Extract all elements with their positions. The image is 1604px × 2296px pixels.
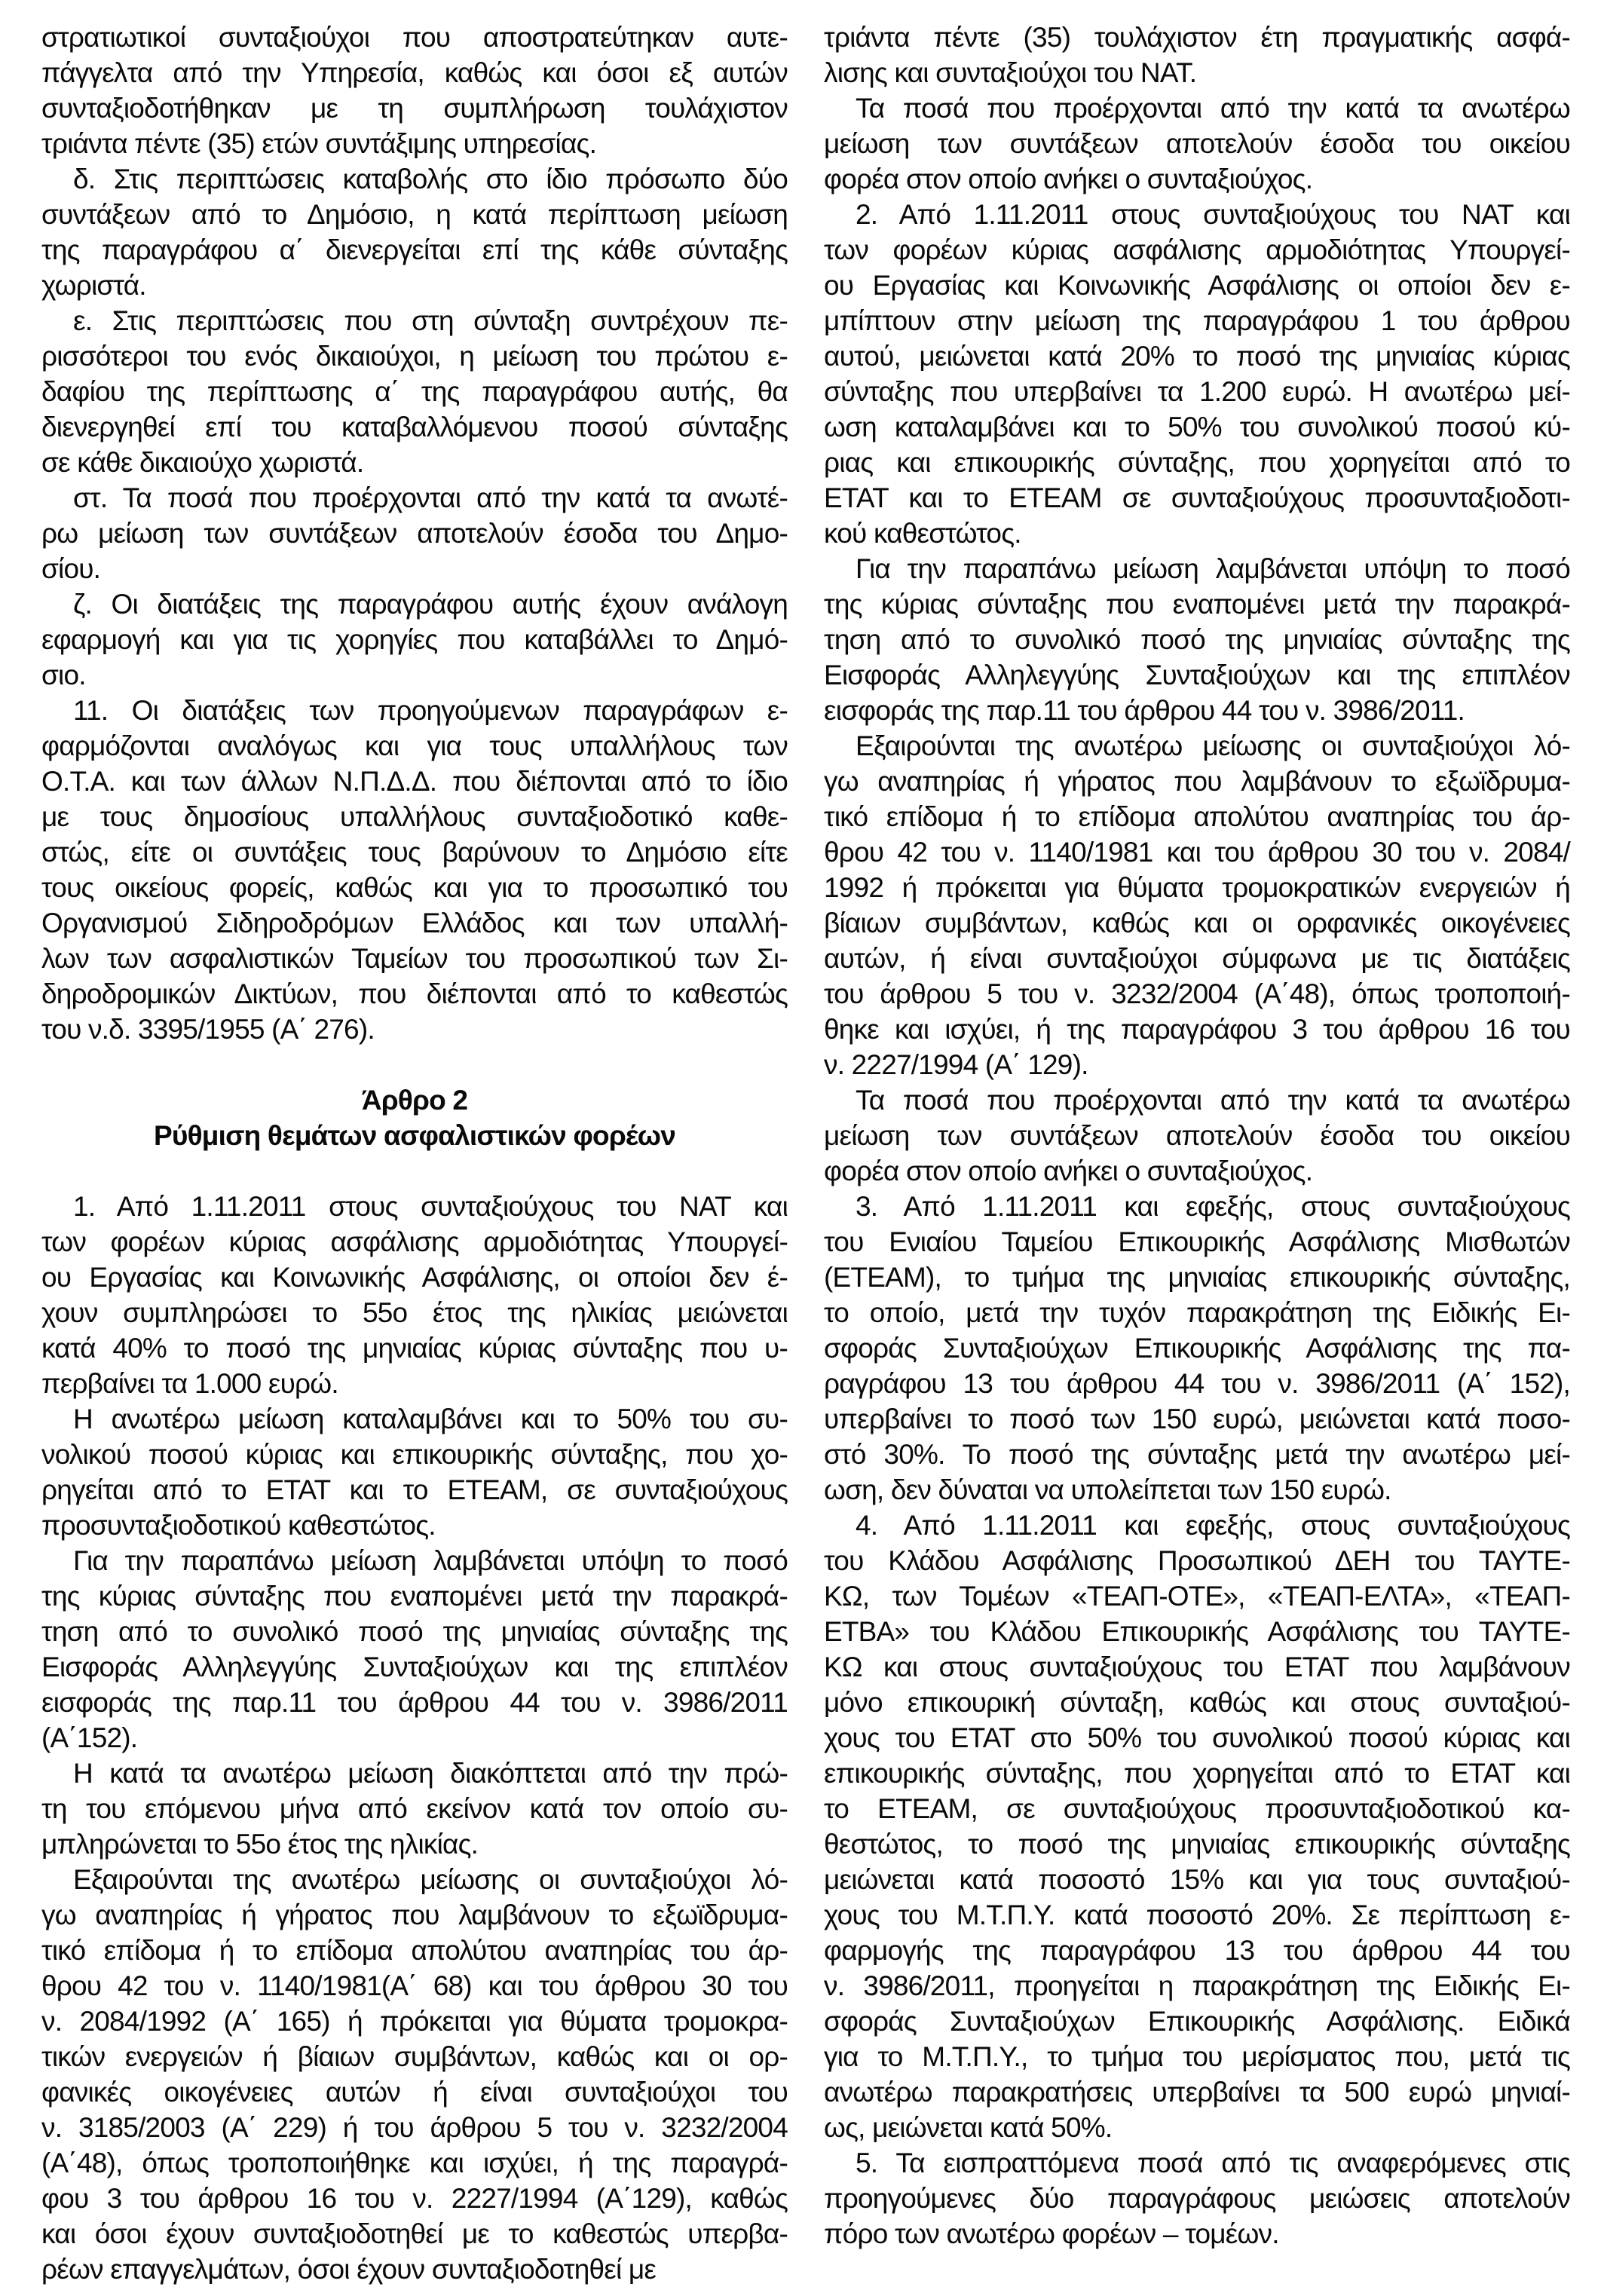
text-line: λων των ασφαλιστικών Ταμείων του προσωπι…: [41, 941, 788, 976]
text-line: εφαρμογή και για τις χορηγίες που καταβά…: [41, 622, 788, 657]
text-line: (Α΄152).: [41, 1720, 788, 1756]
text-line: τους οικείους φορείς, καθώς και για το π…: [41, 870, 788, 905]
text-line: αυτού, μειώνεται κατά 20% το ποσό της μη…: [824, 338, 1570, 374]
text-line: ραγράφου 13 του άρθρου 44 του ν. 3986/20…: [824, 1366, 1570, 1401]
text-line: διενεργηθεί επί του καταβαλλόμενου ποσού…: [41, 409, 788, 445]
paragraph: Η ανωτέρω μείωση καταλαμβάνει και το 50%…: [41, 1401, 788, 1543]
paragraph: 3. Από 1.11.2011 και εφεξής, στους συντα…: [824, 1189, 1570, 1508]
text-line: ν. 3986/2011, προηγείται η παρακράτηση τ…: [824, 1968, 1570, 2004]
text-line: Εισφοράς Αλληλεγγύης Συνταξιούχων και τη…: [41, 1649, 788, 1685]
text-line: Τα ποσά που προέρχονται από την κατά τα …: [824, 1082, 1570, 1118]
text-line: 1992 ή πρόκειται για θύματα τρομοκρατικώ…: [824, 870, 1570, 905]
text-line: Η κατά τα ανωτέρω μείωση διακόπτεται από…: [41, 1756, 788, 1791]
text-line: φαρμόζονται αναλόγως και για τους υπαλλή…: [41, 728, 788, 764]
text-line: γω αναπηρίας ή γήρατος που λαμβάνουν το …: [824, 764, 1570, 799]
text-line: τικών ενεργειών ή βίαιων συμβάντων, καθώ…: [41, 2039, 788, 2074]
text-line: σιο.: [41, 657, 788, 693]
paragraph: Για την παραπάνω μείωση λαμβάνεται υπόψη…: [824, 551, 1570, 728]
text-line: ν. 2227/1994 (Α΄ 129).: [824, 1047, 1570, 1082]
text-line: συνταξιοδοτήθηκαν με τη συμπλήρωση τουλά…: [41, 90, 788, 126]
text-line: των φορέων κύριας ασφάλισης αρμοδιότητας…: [41, 1224, 788, 1260]
text-line: θηκε και ισχύει, ή της παραγράφου 3 του …: [824, 1012, 1570, 1047]
text-line: Ο.Τ.Α. και των άλλων Ν.Π.Δ.Δ. που διέπον…: [41, 764, 788, 799]
text-line: ρέων επαγγελμάτων, όσοι έχουν συνταξιοδο…: [41, 2252, 788, 2287]
text-line: 4. Από 1.11.2011 και εφεξής, στους συντα…: [824, 1508, 1570, 1543]
text-line: χους του Μ.Τ.Π.Υ. κατά ποσοστό 20%. Σε π…: [824, 1897, 1570, 1933]
document-page: στρατιωτικοί συνταξιούχοι που αποστρατεύ…: [0, 0, 1604, 2296]
text-line: μειώνεται κατά ποσοστό 15% και για τους …: [824, 1862, 1570, 1897]
text-line: φανικές οικογένειες αυτών ή είναι συνταξ…: [41, 2074, 788, 2110]
text-line: φορέα στον οποίο ανήκει ο συνταξιούχος.: [824, 1153, 1570, 1189]
text-line: αυτών, ή είναι συνταξιούχοι σύμφωνα με τ…: [824, 941, 1570, 976]
paragraph: 1. Από 1.11.2011 στους συνταξιούχους του…: [41, 1189, 788, 1401]
text-line: κατά 40% το ποσό της μηνιαίας κύριας σύν…: [41, 1330, 788, 1366]
text-line: Τα ποσά που προέρχονται από την κατά τα …: [824, 90, 1570, 126]
paragraph: Εξαιρούνται της ανωτέρω μείωσης οι συντα…: [41, 1862, 788, 2287]
text-line: του ν.δ. 3395/1955 (Α΄ 276).: [41, 1012, 788, 1047]
text-line: μπληρώνεται το 55ο έτος της ηλικίας.: [41, 1826, 788, 1862]
text-line: με τους δημοσίους υπαλλήλους συνταξιοδοτ…: [41, 799, 788, 834]
paragraph: ε. Στις περιπτώσεις που στη σύνταξη συντ…: [41, 303, 788, 480]
text-line: λισης και συνταξιούχοι του ΝΑΤ.: [824, 55, 1570, 90]
text-line: 3. Από 1.11.2011 και εφεξής, στους συντα…: [824, 1189, 1570, 1224]
paragraph: Εξαιρούνται της ανωτέρω μείωσης οι συντα…: [824, 728, 1570, 1082]
text-line: ΕΤΑΤ και το ΕΤΕΑΜ σε συνταξιούχους προσυ…: [824, 480, 1570, 516]
text-column-right: τριάντα πέντε (35) τουλάχιστον έτη πραγμ…: [824, 20, 1570, 2296]
text-line: χους του ΕΤΑΤ στο 50% του συνολικού ποσο…: [824, 1720, 1570, 1756]
article-heading: Άρθρο 2Ρύθμιση θεμάτων ασφαλιστικών φορέ…: [41, 1082, 788, 1153]
text-line: σύνταξης που υπερβαίνει τα 1.200 ευρώ. Η…: [824, 374, 1570, 409]
text-line: το ΕΤΕΑΜ, σε συνταξιούχους προσυνταξιοδο…: [824, 1791, 1570, 1826]
text-line: ου Εργασίας και Κοινωνικής Ασφάλισης, οι…: [41, 1260, 788, 1295]
text-line: εισφοράς της παρ.11 του άρθρου 44 του ν.…: [824, 693, 1570, 728]
text-line: φου 3 του άρθρου 16 του ν. 2227/1994 (Α΄…: [41, 2181, 788, 2216]
text-line: ρηγείται από το ΕΤΑΤ και το ΕΤΕΑΜ, σε συ…: [41, 1472, 788, 1508]
text-line: της κύριας σύνταξης που εναπομένει μετά …: [41, 1578, 788, 1614]
text-line: Για την παραπάνω μείωση λαμβάνεται υπόψη…: [41, 1543, 788, 1578]
text-line: πάγγελτα από την Υπηρεσία, καθώς και όσο…: [41, 55, 788, 90]
paragraph: 5. Τα εισπραττόμενα ποσά από τις αναφερό…: [824, 2145, 1570, 2252]
text-line: μπίπτουν στην μείωση της παραγράφου 1 το…: [824, 303, 1570, 338]
text-line: τικό επίδομα ή το επίδομα απολύτου αναπη…: [41, 1933, 788, 1968]
paragraph: 11. Οι διατάξεις των προηγούμενων παραγρ…: [41, 693, 788, 1047]
text-line: ανωτέρω παρακρατήσεις υπερβαίνει τα 500 …: [824, 2074, 1570, 2110]
text-line: 2. Από 1.11.2011 στους συνταξιούχους του…: [824, 197, 1570, 232]
text-line: της παραγράφου α΄ διενεργείται επί της κ…: [41, 232, 788, 268]
text-line: γω αναπηρίας ή γήρατος που λαμβάνουν το …: [41, 1897, 788, 1933]
text-line: (ΕΤΕΑΜ), το τμήμα της μηνιαίας επικουρικ…: [824, 1260, 1570, 1295]
text-line: της κύριας σύνταξης που εναπομένει μετά …: [824, 586, 1570, 622]
text-line: θρου 42 του ν. 1140/1981(Α΄ 68) και του …: [41, 1968, 788, 2004]
text-line: ζ. Οι διατάξεις της παραγράφου αυτής έχο…: [41, 586, 788, 622]
text-line: χουν συμπληρώσει το 55ο έτος της ηλικίας…: [41, 1295, 788, 1330]
text-line: τηση από το συνολικό ποσό της μηνιαίας σ…: [41, 1614, 788, 1649]
text-line: Εξαιρούνται της ανωτέρω μείωσης οι συντα…: [824, 728, 1570, 764]
text-line: στό 30%. Το ποσό της σύνταξης μετά την α…: [824, 1437, 1570, 1472]
text-line: 11. Οι διατάξεις των προηγούμενων παραγρ…: [41, 693, 788, 728]
text-line: (Α΄48), όπως τροποποιήθηκε και ισχύει, ή…: [41, 2145, 788, 2181]
paragraph: Για την παραπάνω μείωση λαμβάνεται υπόψη…: [41, 1543, 788, 1756]
text-line: μείωση των συντάξεων αποτελούν έσοδα του…: [824, 1118, 1570, 1153]
text-line: θεστώτος, το ποσό της μηνιαίας επικουρικ…: [824, 1826, 1570, 1862]
text-line: μόνο επικουρική σύνταξη, καθώς και στους…: [824, 1685, 1570, 1720]
paragraph: Η κατά τα ανωτέρω μείωση διακόπτεται από…: [41, 1756, 788, 1862]
text-line: του Κλάδου Ασφάλισης Προσωπικού ΔΕΗ του …: [824, 1543, 1570, 1578]
text-line: ν. 2084/1992 (Α΄ 165) ή πρόκειται για θύ…: [41, 2004, 788, 2039]
text-line: ως, μειώνεται κατά 50%.: [824, 2110, 1570, 2145]
text-line: νολικού ποσού κύριας και επικουρικής σύν…: [41, 1437, 788, 1472]
text-line: δαφίου της περίπτωσης α΄ της παραγράφου …: [41, 374, 788, 409]
text-line: τη του επόμενου μήνα από εκείνον κατά το…: [41, 1791, 788, 1826]
text-line: σε κάθε δικαιούχο χωριστά.: [41, 445, 788, 480]
text-line: ριας και επικουρικής σύνταξης, που χορηγ…: [824, 445, 1570, 480]
paragraph: Τα ποσά που προέρχονται από την κατά τα …: [824, 1082, 1570, 1189]
text-line: Για την παραπάνω μείωση λαμβάνεται υπόψη…: [824, 551, 1570, 586]
text-line: υπερβαίνει το ποσό των 150 ευρώ, μειώνετ…: [824, 1401, 1570, 1437]
text-line: το οποίο, μετά την τυχόν παρακράτηση της…: [824, 1295, 1570, 1330]
text-line: ρισσότεροι του ενός δικαιούχοι, η μείωση…: [41, 338, 788, 374]
paragraph: στρατιωτικοί συνταξιούχοι που αποστρατεύ…: [41, 20, 788, 161]
text-line: δηροδρομικών Δικτύων, που διέπονται από …: [41, 976, 788, 1012]
text-column-left: στρατιωτικοί συνταξιούχοι που αποστρατεύ…: [41, 20, 788, 2296]
text-line: για το Μ.Τ.Π.Υ., το τμήμα του μερίσματος…: [824, 2039, 1570, 2074]
paragraph: στ. Τα ποσά που προέρχονται από την κατά…: [41, 480, 788, 586]
text-line: τηση από το συνολικό ποσό της μηνιαίας σ…: [824, 622, 1570, 657]
text-line: θρου 42 του ν. 1140/1981 και του άρθρου …: [824, 834, 1570, 870]
text-line: Εισφοράς Αλληλεγγύης Συνταξιούχων και τη…: [824, 657, 1570, 693]
text-line: ΚΩ και στους συνταξιούχους του ΕΤΑΤ που …: [824, 1649, 1570, 1685]
text-line: επικουρικής σύνταξης, που χορηγείται από…: [824, 1756, 1570, 1791]
text-line: τριάντα πέντε (35) ετών συντάξιμης υπηρε…: [41, 126, 788, 161]
paragraph: ζ. Οι διατάξεις της παραγράφου αυτής έχο…: [41, 586, 788, 693]
text-line: Η ανωτέρω μείωση καταλαμβάνει και το 50%…: [41, 1401, 788, 1437]
paragraph: δ. Στις περιπτώσεις καταβολής στο ίδιο π…: [41, 161, 788, 303]
text-line: βίαιων συμβάντων, καθώς και οι ορφανικές…: [824, 905, 1570, 941]
text-line: κού καθεστώτος.: [824, 516, 1570, 551]
heading-line: Άρθρο 2: [41, 1082, 788, 1118]
text-line: και όσοι έχουν συνταξιοδοτηθεί με το καθ…: [41, 2216, 788, 2252]
text-line: 5. Τα εισπραττόμενα ποσά από τις αναφερό…: [824, 2145, 1570, 2181]
text-line: ου Εργασίας και Κοινωνικής Ασφάλισης οι …: [824, 268, 1570, 303]
text-line: του άρθρου 5 του ν. 3232/2004 (Α΄48), όπ…: [824, 976, 1570, 1012]
text-line: τριάντα πέντε (35) τουλάχιστον έτη πραγμ…: [824, 20, 1570, 55]
text-line: μείωση των συντάξεων αποτελούν έσοδα του…: [824, 126, 1570, 161]
text-line: πόρο των ανωτέρω φορέων – τομέων.: [824, 2216, 1570, 2252]
text-line: ΕΤΒΑ» του Κλάδου Επικουρικής Ασφάλισης τ…: [824, 1614, 1570, 1649]
text-line: ε. Στις περιπτώσεις που στη σύνταξη συντ…: [41, 303, 788, 338]
text-line: προηγούμενες δύο παραγράφους μειώσεις απ…: [824, 2181, 1570, 2216]
paragraph: 2. Από 1.11.2011 στους συνταξιούχους του…: [824, 197, 1570, 551]
text-line: συντάξεων από το Δημόσιο, η κατά περίπτω…: [41, 197, 788, 232]
text-line: χωριστά.: [41, 268, 788, 303]
text-line: 1. Από 1.11.2011 στους συνταξιούχους του…: [41, 1189, 788, 1224]
text-line: ωση, δεν δύναται να υπολείπεται των 150 …: [824, 1472, 1570, 1508]
text-line: ν. 3185/2003 (Α΄ 229) ή του άρθρου 5 του…: [41, 2110, 788, 2145]
text-line: του Ενιαίου Ταμείου Επικουρικής Ασφάλιση…: [824, 1224, 1570, 1260]
text-line: ωση καταλαμβάνει και το 50% του συνολικο…: [824, 409, 1570, 445]
text-line: εισφοράς της παρ.11 του άρθρου 44 του ν.…: [41, 1685, 788, 1720]
paragraph: 4. Από 1.11.2011 και εφεξής, στους συντα…: [824, 1508, 1570, 2145]
text-line: στ. Τα ποσά που προέρχονται από την κατά…: [41, 480, 788, 516]
text-line: Οργανισμού Σιδηροδρόμων Ελλάδος και των …: [41, 905, 788, 941]
text-line: περβαίνει τα 1.000 ευρώ.: [41, 1366, 788, 1401]
text-line: φορέα στον οποίο ανήκει ο συνταξιούχος.: [824, 161, 1570, 197]
text-line: τικό επίδομα ή το επίδομα απολύτου αναπη…: [824, 799, 1570, 834]
text-line: στρατιωτικοί συνταξιούχοι που αποστρατεύ…: [41, 20, 788, 55]
text-line: σφοράς Συνταξιούχων Επικουρικής Ασφάλιση…: [824, 1330, 1570, 1366]
text-line: σφοράς Συνταξιούχων Επικουρικής Ασφάλιση…: [824, 2004, 1570, 2039]
paragraph: τριάντα πέντε (35) τουλάχιστον έτη πραγμ…: [824, 20, 1570, 90]
paragraph: Τα ποσά που προέρχονται από την κατά τα …: [824, 90, 1570, 197]
text-line: ΚΩ, των Τομέων «ΤΕΑΠ-ΟΤΕ», «ΤΕΑΠ-ΕΛΤΑ», …: [824, 1578, 1570, 1614]
text-line: δ. Στις περιπτώσεις καταβολής στο ίδιο π…: [41, 161, 788, 197]
text-line: Εξαιρούνται της ανωτέρω μείωσης οι συντα…: [41, 1862, 788, 1897]
text-line: φαρμογής της παραγράφου 13 του άρθρου 44…: [824, 1933, 1570, 1968]
text-line: στώς, είτε οι συντάξεις τους βαρύνουν το…: [41, 834, 788, 870]
text-line: σίου.: [41, 551, 788, 586]
text-line: ρω μείωση των συντάξεων αποτελούν έσοδα …: [41, 516, 788, 551]
text-line: προσυνταξιοδοτικού καθεστώτος.: [41, 1508, 788, 1543]
heading-line: Ρύθμιση θεμάτων ασφαλιστικών φορέων: [41, 1118, 788, 1153]
text-line: των φορέων κύριας ασφάλισης αρμοδιότητας…: [824, 232, 1570, 268]
